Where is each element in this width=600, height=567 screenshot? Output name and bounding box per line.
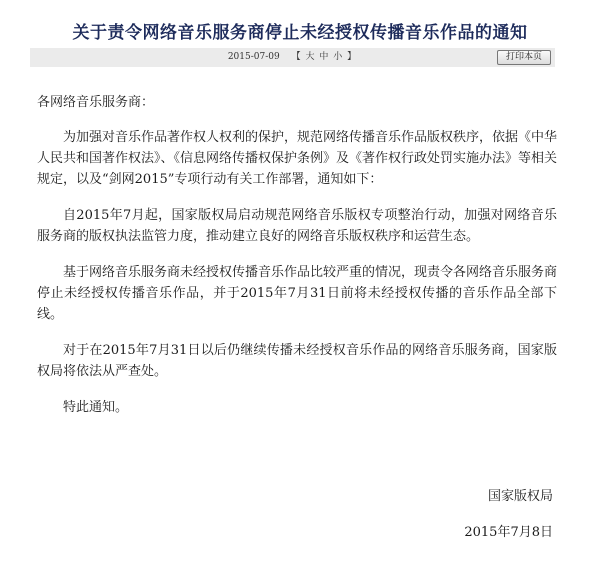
meta-info: 2015-07-09 【 大 中 小 】 (30, 48, 555, 67)
font-size-medium-link[interactable]: 中 (319, 52, 328, 62)
paragraph-closing: 特此通知。 (37, 397, 557, 418)
issuer-signature: 国家版权局 (488, 487, 553, 507)
signature-date: 2015年7月8日 (464, 523, 553, 543)
paragraph-penalty: 对于在2015年7月31日以后仍继续传播未经授权音乐作品的网络音乐服务商，国家版… (37, 340, 557, 382)
meta-bar: 2015-07-09 【 大 中 小 】 打印本页 (30, 48, 555, 67)
bracket-open: 【 (292, 52, 301, 62)
font-size-small-link[interactable]: 小 (333, 52, 342, 62)
notice-body: 各网络音乐服务商： 为加强对音乐作品著作权人权利的保护，规范网络传播音乐作品版权… (37, 92, 557, 433)
font-size-large-link[interactable]: 大 (305, 52, 314, 62)
paragraph-campaign: 自2015年7月起，国家版权局启动规范网络音乐版权专项整治行动，加强对网络音乐服… (37, 205, 557, 247)
paragraph-order: 基于网络音乐服务商未经授权传播音乐作品比较严重的情况，现责令各网络音乐服务商停止… (37, 262, 557, 325)
page-title: 关于责令网络音乐服务商停止未经授权传播音乐作品的通知 (0, 22, 600, 44)
publish-date: 2015-07-09 (228, 52, 280, 62)
font-size-switch: 【 大 中 小 】 (291, 52, 358, 62)
print-page-button[interactable]: 打印本页 (497, 50, 551, 65)
salutation: 各网络音乐服务商： (37, 92, 557, 113)
bracket-close: 】 (347, 52, 356, 62)
paragraph-legal-basis: 为加强对音乐作品著作权人权利的保护，规范网络传播音乐作品版权秩序，依据《中华人民… (37, 127, 557, 190)
